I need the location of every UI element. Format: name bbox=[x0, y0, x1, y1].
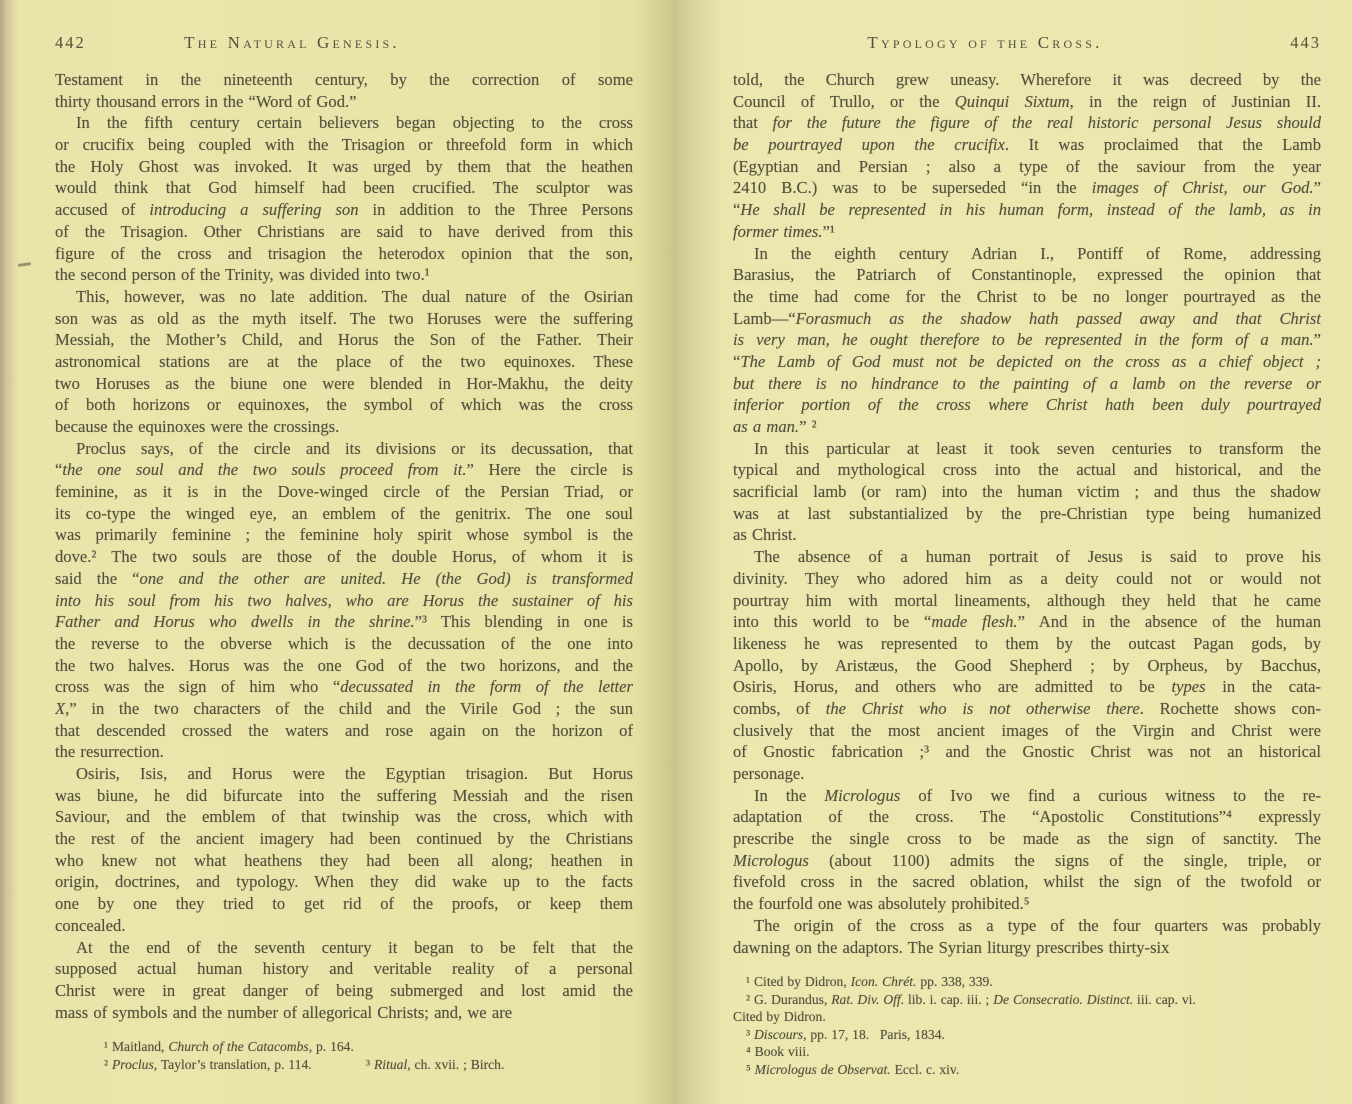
text-line: (Egyptian and Persian ; also a type of t… bbox=[733, 156, 1321, 178]
text-line: astronomical stations are at the place o… bbox=[55, 351, 633, 373]
paragraph: The origin of the cross as a type of the… bbox=[733, 915, 1321, 958]
text-line: This, however, was no late addition. The… bbox=[55, 286, 633, 308]
text-line: origin, doctrines, and typology. When th… bbox=[55, 871, 633, 893]
text-line: combs, of the Christ who is not otherwis… bbox=[733, 698, 1321, 720]
text-line: as a man.” ² bbox=[733, 416, 1321, 438]
text-line: but there is no hindrance to the paintin… bbox=[733, 373, 1321, 395]
running-title-right: Typology of the Cross. bbox=[867, 33, 1102, 53]
text-line: is very man, he ought therefore to be re… bbox=[733, 329, 1321, 351]
text-line: dawning on the adaptors. The Syrian litu… bbox=[733, 937, 1321, 959]
text-line: sacrificial lamb (or ram) into the human… bbox=[733, 481, 1321, 503]
paragraph: At the end of the seventh century it beg… bbox=[55, 937, 633, 1024]
paragraph: ³ Discours, pp. 17, 18. Paris, 1834. bbox=[733, 1026, 1321, 1044]
text-line: that for the future the figure of the re… bbox=[733, 112, 1321, 134]
text-line: ⁴ Book viii. bbox=[733, 1043, 1321, 1061]
text-line: ² G. Durandus, Rat. Div. Off. lib. i. ca… bbox=[733, 991, 1321, 1009]
page-left: 442 The Natural Genesis. Testament in th… bbox=[0, 0, 676, 1104]
text-line: Messiah, the Mother’s Child, and Horus t… bbox=[55, 329, 633, 351]
text-line: pourtray him with mortal lineaments, alt… bbox=[733, 590, 1321, 612]
text-line: fivefold cross in the sacred oblation, w… bbox=[733, 871, 1321, 893]
paragraph: In the fifth century certain believers b… bbox=[55, 112, 633, 286]
text-line: supposed actual human history and verita… bbox=[55, 958, 633, 980]
text-line: the Holy Ghost was invoked. It was urged… bbox=[55, 156, 633, 178]
paragraph: ¹ Maitland, Church of the Catacombs, p. … bbox=[91, 1038, 629, 1056]
text-line: of Gnostic fabrication ;³ and the Gnosti… bbox=[733, 741, 1321, 763]
page-right: Typology of the Cross. 443 told, the Chu… bbox=[676, 0, 1352, 1104]
text-line: adaptation of the cross. The “Apostolic … bbox=[733, 806, 1321, 828]
text-line: son was as old as the myth itself. The t… bbox=[55, 308, 633, 330]
paragraph: Testament in the nineteenth century, by … bbox=[55, 69, 633, 112]
paragraph: This, however, was no late addition. The… bbox=[55, 286, 633, 438]
paragraph: In the Micrologus of Ivo we find a curio… bbox=[733, 785, 1321, 915]
text-line: clusively that the most ancient images o… bbox=[733, 720, 1321, 742]
text-line: dove.² The two souls are those of the do… bbox=[55, 546, 633, 568]
footnotes-left: ¹ Maitland, Church of the Catacombs, p. … bbox=[91, 1038, 629, 1073]
text-column-right: Typology of the Cross. 443 told, the Chu… bbox=[733, 0, 1321, 1104]
text-line: likeness he was represented to them by t… bbox=[733, 633, 1321, 655]
paragraph: ⁴ Book viii. bbox=[733, 1043, 1321, 1061]
text-line: In the eighth century Adrian I., Pontiff… bbox=[733, 243, 1321, 265]
text-line: “the one soul and the two souls proceed … bbox=[55, 459, 633, 481]
paragraph: ² Proclus, Taylor’s translation, p. 114.… bbox=[91, 1056, 629, 1074]
text-line: Saviour, and the emblem of that twinship… bbox=[55, 806, 633, 828]
paragraph: In this particular at least it took seve… bbox=[733, 438, 1321, 546]
text-line: inferior portion of the cross where Chri… bbox=[733, 394, 1321, 416]
text-line: accused of introducing a suffering son i… bbox=[55, 199, 633, 221]
text-line: two Horuses as the biune one were blende… bbox=[55, 373, 633, 395]
running-title-left: The Natural Genesis. bbox=[184, 33, 400, 53]
paragraph: ² G. Durandus, Rat. Div. Off. lib. i. ca… bbox=[733, 991, 1321, 1026]
text-line: into this world to be “made flesh.” And … bbox=[733, 611, 1321, 633]
text-line: because the equinoxes were the crossings… bbox=[55, 416, 633, 438]
text-line: X,” in the two characters of the child a… bbox=[55, 698, 633, 720]
body-text-right: told, the Church grew uneasy. Wherefore … bbox=[733, 69, 1321, 958]
book-scan: 442 The Natural Genesis. Testament in th… bbox=[0, 0, 1352, 1104]
text-line: was at last substantialized by the pre-C… bbox=[733, 503, 1321, 525]
text-line: was biune, he did bifurcate into the suf… bbox=[55, 785, 633, 807]
text-line: feminine, as it is in the Dove-winged ci… bbox=[55, 481, 633, 503]
text-line: or crucifix being coupled with the Trisa… bbox=[55, 134, 633, 156]
text-line: be pourtrayed upon the crucifix. It was … bbox=[733, 134, 1321, 156]
text-line: Barasius, the Patriarch of Constantinopl… bbox=[733, 264, 1321, 286]
page-number-right: 443 bbox=[1290, 33, 1321, 53]
text-line: Osiris, Horus, and others who are admitt… bbox=[733, 676, 1321, 698]
paragraph: told, the Church grew uneasy. Wherefore … bbox=[733, 69, 1321, 243]
text-line: In this particular at least it took seve… bbox=[733, 438, 1321, 460]
text-line: personage. bbox=[733, 763, 1321, 785]
text-line: Proclus says, of the circle and its divi… bbox=[55, 438, 633, 460]
text-line: former times.”¹ bbox=[733, 221, 1321, 243]
text-line: Christ were in great danger of being sub… bbox=[55, 980, 633, 1002]
text-line: the second person of the Trinity, was di… bbox=[55, 264, 633, 286]
text-line: the resurrection. bbox=[55, 741, 633, 763]
paragraph: In the eighth century Adrian I., Pontiff… bbox=[733, 243, 1321, 438]
text-line: thirty thousand errors in the “Word of G… bbox=[55, 91, 633, 113]
text-line: of the Trisagion. Other Christians are s… bbox=[55, 221, 633, 243]
text-line: ¹ Maitland, Church of the Catacombs, p. … bbox=[91, 1038, 629, 1056]
text-line: of both horizons or equinoxes, the symbo… bbox=[55, 394, 633, 416]
text-line: was primarily feminine ; the feminine ho… bbox=[55, 524, 633, 546]
text-line: the two halves. Horus was the one God of… bbox=[55, 655, 633, 677]
text-line: into his soul from his two halves, who a… bbox=[55, 590, 633, 612]
text-line: The absence of a human portrait of Jesus… bbox=[733, 546, 1321, 568]
text-line: Lamb—“Forasmuch as the shadow hath passe… bbox=[733, 308, 1321, 330]
page-number-left: 442 bbox=[55, 33, 86, 53]
text-line: as Christ. bbox=[733, 524, 1321, 546]
text-line: its co-type the winged eye, an emblem of… bbox=[55, 503, 633, 525]
page-header-left: 442 The Natural Genesis. bbox=[55, 33, 633, 57]
text-line: ² Proclus, Taylor’s translation, p. 114.… bbox=[91, 1056, 629, 1074]
paragraph: Osiris, Isis, and Horus were the Egyptia… bbox=[55, 763, 633, 937]
text-line: the fourfold one was absolutely prohibit… bbox=[733, 893, 1321, 915]
text-line: ³ Discours, pp. 17, 18. Paris, 1834. bbox=[733, 1026, 1321, 1044]
text-line: Cited by Didron. bbox=[733, 1008, 1321, 1026]
text-line: divinity. They who adored him as a deity… bbox=[733, 568, 1321, 590]
text-line: one by one they tried to get rid of the … bbox=[55, 893, 633, 915]
paragraph: Proclus says, of the circle and its divi… bbox=[55, 438, 633, 763]
text-line: cross was the sign of him who “decussate… bbox=[55, 676, 633, 698]
text-line: the reverse to the obverse which is the … bbox=[55, 633, 633, 655]
text-line: “He shall be represented in his human fo… bbox=[733, 199, 1321, 221]
paragraph: The absence of a human portrait of Jesus… bbox=[733, 546, 1321, 785]
text-line: concealed. bbox=[55, 915, 633, 937]
text-line: Apollo, by Aristæus, the Good Shepherd ;… bbox=[733, 655, 1321, 677]
text-line: Father and Horus who dwells in the shrin… bbox=[55, 611, 633, 633]
text-line: Osiris, Isis, and Horus were the Egyptia… bbox=[55, 763, 633, 785]
text-line: At the end of the seventh century it beg… bbox=[55, 937, 633, 959]
text-line: figure of the cross and trisagion the he… bbox=[55, 243, 633, 265]
text-line: ¹ Cited by Didron, Icon. Chrét. pp. 338,… bbox=[733, 973, 1321, 991]
text-column-left: 442 The Natural Genesis. Testament in th… bbox=[55, 0, 633, 1104]
text-line: would think that God himself had been cr… bbox=[55, 177, 633, 199]
footnotes-right: ¹ Cited by Didron, Icon. Chrét. pp. 338,… bbox=[733, 973, 1321, 1079]
text-line: Council of Trullo, or the Quinqui Sixtum… bbox=[733, 91, 1321, 113]
text-line: told, the Church grew uneasy. Wherefore … bbox=[733, 69, 1321, 91]
text-line: Testament in the nineteenth century, by … bbox=[55, 69, 633, 91]
text-line: the rest of the ancient imagery had been… bbox=[55, 828, 633, 850]
text-line: who knew not what heathens they had been… bbox=[55, 850, 633, 872]
paragraph: ⁵ Micrologus de Observat. Eccl. c. xiv. bbox=[733, 1061, 1321, 1079]
text-line: the time had come for the Christ to be n… bbox=[733, 286, 1321, 308]
text-line: said the “one and the other are united. … bbox=[55, 568, 633, 590]
body-text-left: Testament in the nineteenth century, by … bbox=[55, 69, 633, 1023]
page-header-right: Typology of the Cross. 443 bbox=[733, 33, 1321, 57]
text-line: typical and mythological cross into the … bbox=[733, 459, 1321, 481]
paragraph: ¹ Cited by Didron, Icon. Chrét. pp. 338,… bbox=[733, 973, 1321, 991]
text-line: Micrologus (about 1100) admits the signs… bbox=[733, 850, 1321, 872]
text-line: ⁵ Micrologus de Observat. Eccl. c. xiv. bbox=[733, 1061, 1321, 1079]
text-line: mass of symbols and the number of allego… bbox=[55, 1002, 633, 1024]
text-line: that descended crossed the waters and ro… bbox=[55, 720, 633, 742]
text-line: In the fifth century certain believers b… bbox=[55, 112, 633, 134]
text-line: “The Lamb of God must not be depicted on… bbox=[733, 351, 1321, 373]
text-line: prescribe the single cross to be made as… bbox=[733, 828, 1321, 850]
text-line: 2410 B.C.) was to be superseded “in the … bbox=[733, 177, 1321, 199]
text-line: In the Micrologus of Ivo we find a curio… bbox=[733, 785, 1321, 807]
text-line: The origin of the cross as a type of the… bbox=[733, 915, 1321, 937]
